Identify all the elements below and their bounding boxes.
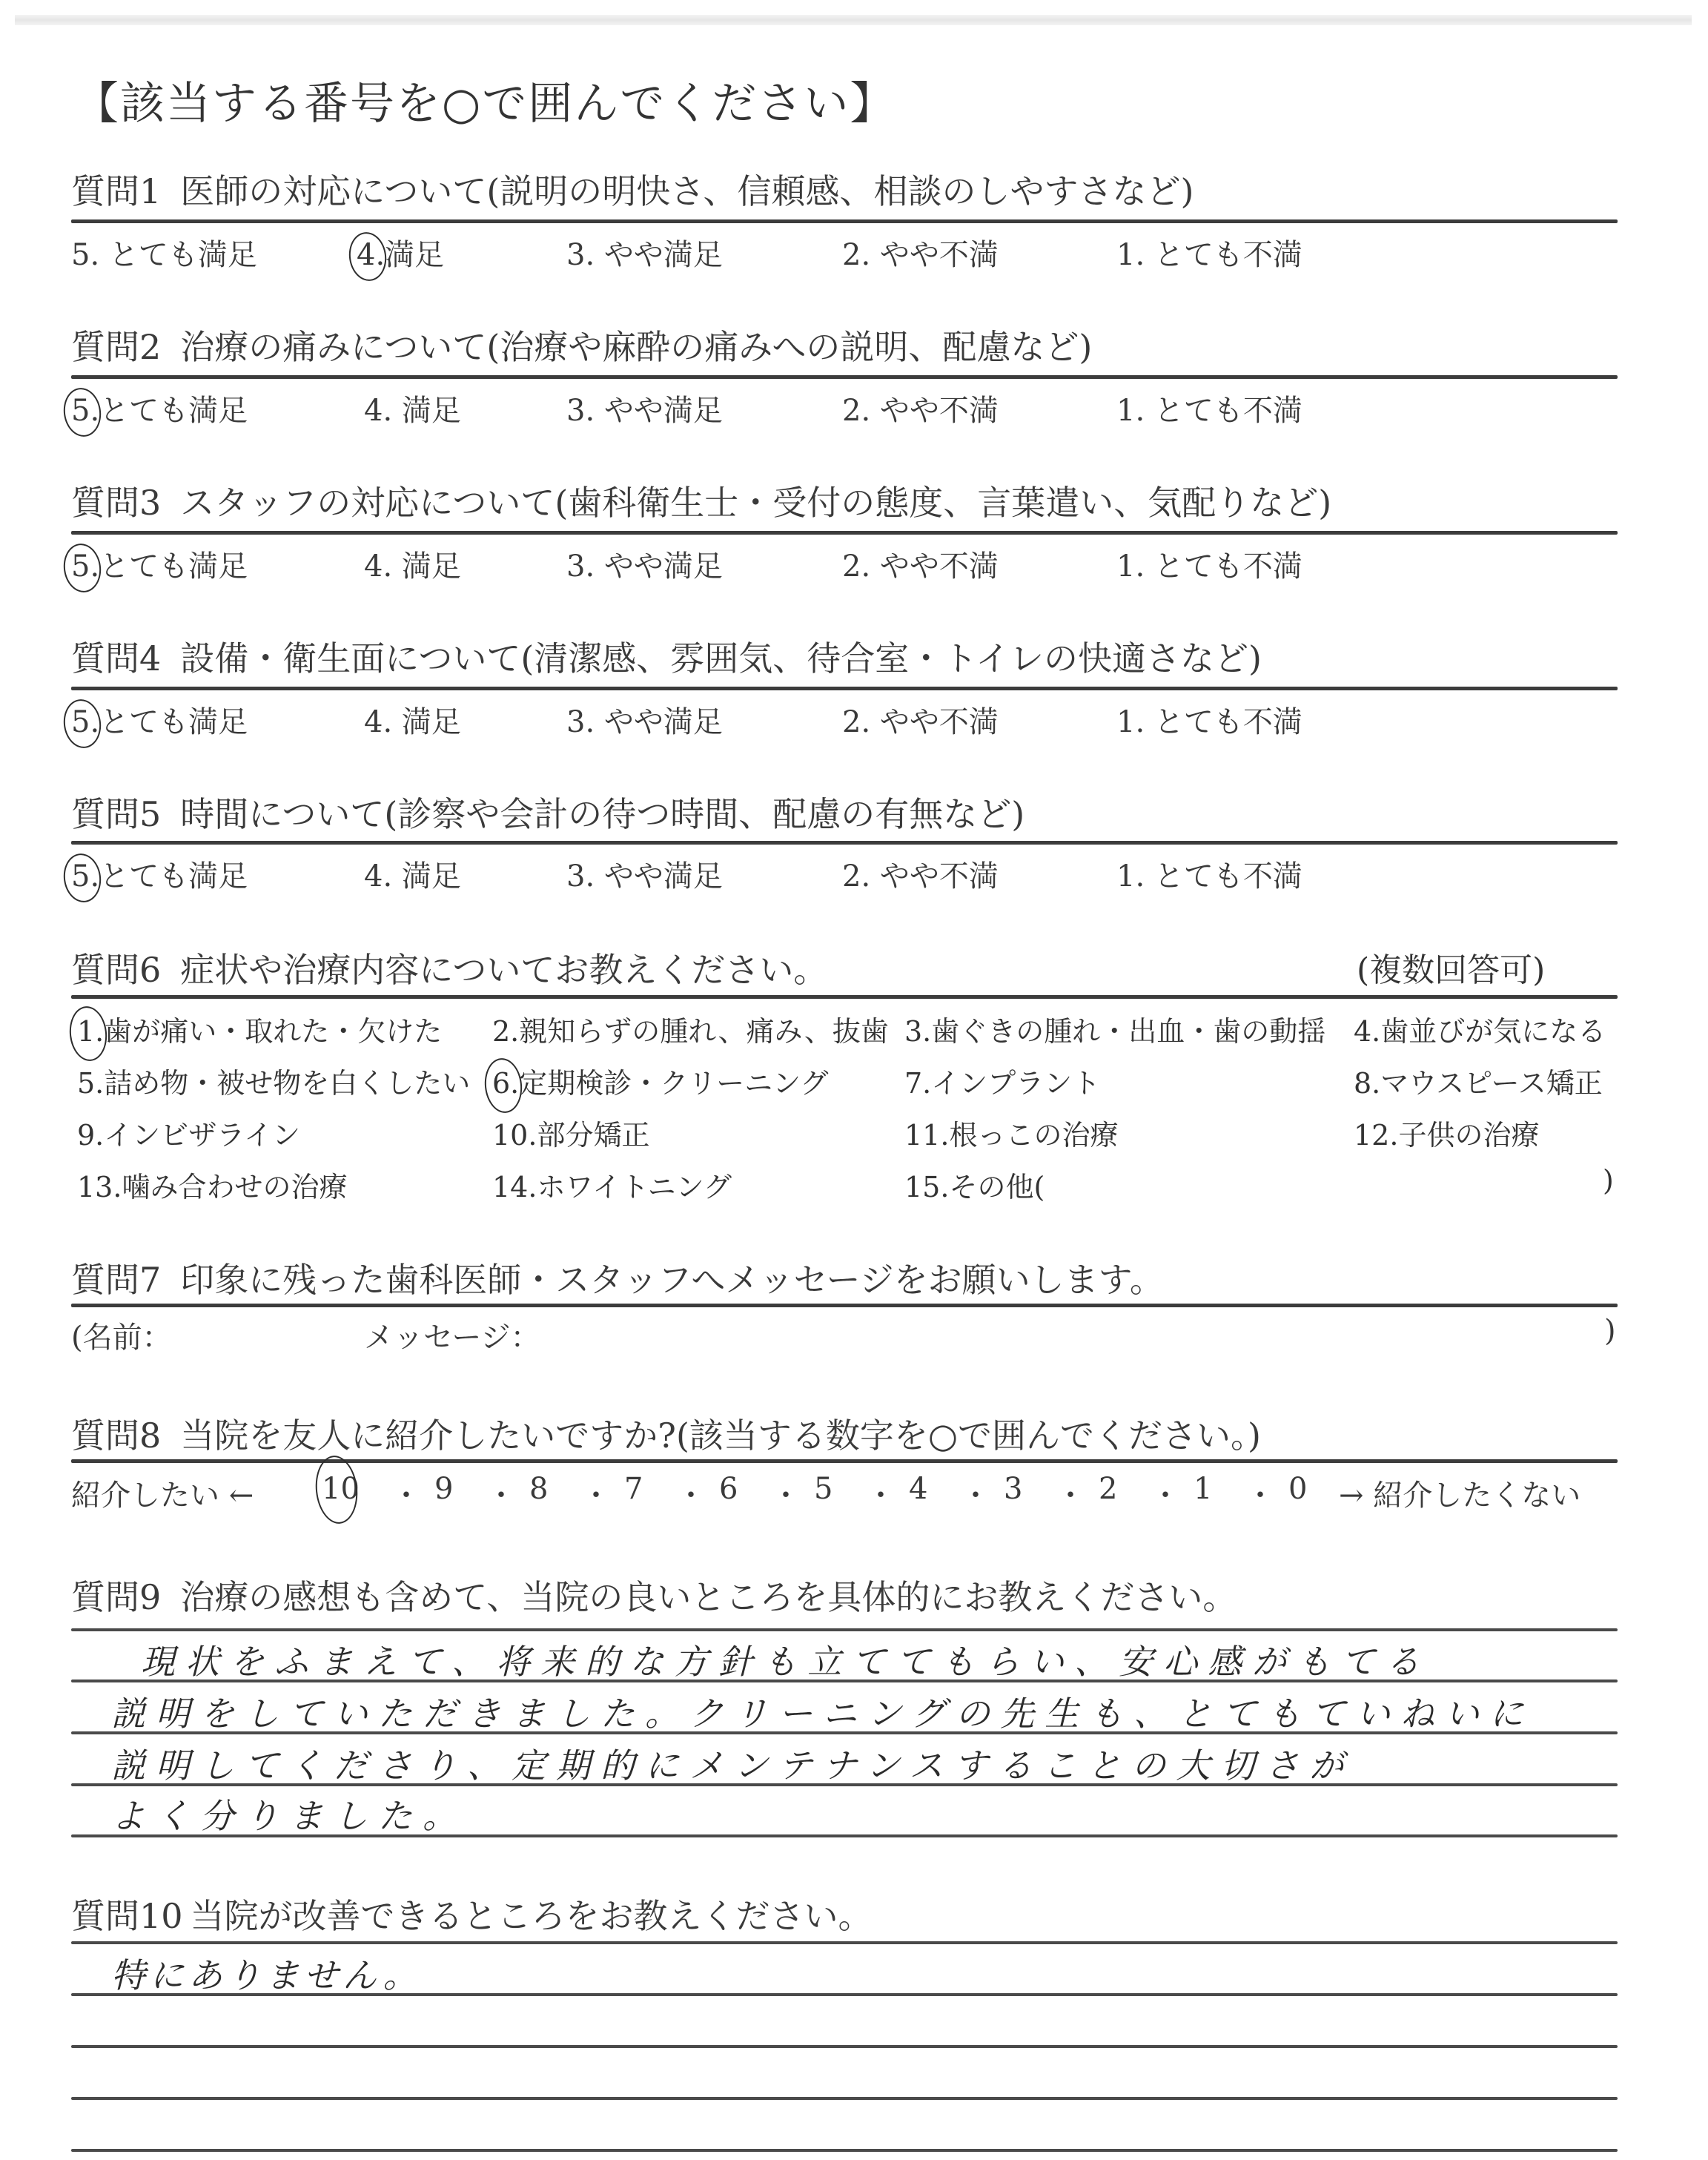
option-5[interactable]: 5. とても満足 <box>71 231 257 274</box>
option-2[interactable]: 2. やや不満 <box>842 231 999 274</box>
scale-8[interactable]: 8 <box>529 1472 548 1506</box>
scale-0[interactable]: 0 <box>1288 1472 1307 1506</box>
divider <box>71 531 1618 535</box>
option-3[interactable]: 3. やや満足 <box>566 853 723 895</box>
question-5-heading: 質問5時間について(診察や会計の待つ時間、配慮の有無など) <box>71 787 1025 836</box>
q6-item-1-selected[interactable]: 1.歯が痛い・取れた・欠けた <box>77 1008 442 1049</box>
divider <box>71 995 1618 999</box>
q6-item-10[interactable]: 10.部分矯正 <box>492 1112 649 1153</box>
option-1[interactable]: 1. とても不満 <box>1116 387 1302 429</box>
q6-item-4[interactable]: 4.歯並びが気になる <box>1354 1008 1606 1049</box>
option-5-selected[interactable]: 5.とても満足 <box>71 543 248 585</box>
q10-answer-line-1[interactable]: 特にありません。 <box>111 1949 422 1998</box>
question-text: 当院を友人に紹介したいですか?(該当する数字を○で囲んでください。) <box>180 1416 1261 1456</box>
q9-answer-line-4[interactable]: よく分りました。 <box>111 1789 467 1838</box>
question-text: 設備・衛生面について(清潔感、雰囲気、待合室・トイレの快適さなど) <box>180 638 1262 678</box>
option-4[interactable]: 4. 満足 <box>364 853 461 895</box>
option-5-selected[interactable]: 5.とても満足 <box>71 853 248 895</box>
writing-line <box>71 1731 1618 1734</box>
q6-item-2[interactable]: 2.親知らずの腫れ、痛み、抜歯 <box>492 1008 889 1049</box>
separator-dot: ・ <box>1056 1472 1085 1514</box>
question-number: 質問4 <box>71 638 161 678</box>
option-3[interactable]: 3. やや満足 <box>566 387 723 429</box>
scale-9[interactable]: 9 <box>434 1472 453 1506</box>
question-number: 質問10 <box>71 1896 183 1936</box>
option-1[interactable]: 1. とても不満 <box>1116 698 1302 741</box>
question-number: 質問6 <box>71 950 161 990</box>
question-text: 時間について(診察や会計の待つ時間、配慮の有無など) <box>180 794 1025 834</box>
question-number: 質問2 <box>71 327 161 367</box>
option-2[interactable]: 2. やや不満 <box>842 543 999 585</box>
writing-line <box>71 1941 1618 1944</box>
scale-1[interactable]: 1 <box>1194 1472 1212 1506</box>
recommend-left-label: 紹介したい ← <box>71 1472 254 1514</box>
option-2[interactable]: 2. やや不満 <box>842 387 999 429</box>
q9-answer-line-3[interactable]: 説明してくださり、定期的にメンテナンスすることの大切さが <box>111 1739 1354 1788</box>
question-text: 当院が改善できるところをお教えください。 <box>191 1896 873 1936</box>
question-number: 質問1 <box>71 171 161 211</box>
multiple-answers-note: (複数回答可) <box>1357 943 1545 991</box>
option-2[interactable]: 2. やや不満 <box>842 853 999 895</box>
divider <box>71 687 1618 690</box>
option-5-selected[interactable]: 5.とても満足 <box>71 698 248 741</box>
question-1-options: 5. とても満足 4.満足 3. やや満足 2. やや不満 1. とても不満 <box>71 231 1621 276</box>
question-2-heading: 質問2治療の痛みについて(治療や麻酔の痛みへの説明、配慮など) <box>71 320 1092 369</box>
divider <box>71 1304 1618 1307</box>
writing-line <box>71 1783 1618 1786</box>
question-9-heading: 質問9治療の感想も含めて、当院の良いところを具体的にお教えください。 <box>71 1571 1237 1619</box>
scale-4[interactable]: 4 <box>909 1472 927 1506</box>
question-6-heading: 質問6症状や治療内容についてお教えください。 <box>71 943 827 992</box>
divider <box>71 841 1618 845</box>
option-2[interactable]: 2. やや不満 <box>842 698 999 741</box>
question-number: 質問8 <box>71 1416 161 1456</box>
separator-dot: ・ <box>961 1472 990 1514</box>
separator-dot: ・ <box>1245 1472 1275 1514</box>
scale-6[interactable]: 6 <box>719 1472 738 1506</box>
separator-dot: ・ <box>1151 1472 1180 1514</box>
question-text: 治療の感想も含めて、当院の良いところを具体的にお教えください。 <box>180 1577 1237 1617</box>
option-4[interactable]: 4. 満足 <box>364 543 461 585</box>
separator-dot: ・ <box>391 1472 421 1514</box>
q6-item-15-other[interactable]: 15.その他( <box>904 1164 1045 1205</box>
q6-item-11[interactable]: 11.根っこの治療 <box>904 1112 1118 1153</box>
separator-dot: ・ <box>581 1472 611 1514</box>
question-4-options: 5.とても満足 4. 満足 3. やや満足 2. やや不満 1. とても不満 <box>71 698 1621 743</box>
q6-item-3[interactable]: 3.歯ぐきの腫れ・出血・歯の動揺 <box>904 1008 1325 1049</box>
scale-3[interactable]: 3 <box>1004 1472 1022 1506</box>
question-number: 質問9 <box>71 1577 161 1617</box>
writing-line <box>71 2045 1618 2048</box>
option-1[interactable]: 1. とても不満 <box>1116 231 1302 274</box>
question-text: 印象に残った歯科医師・スタッフへメッセージをお願いします。 <box>180 1260 1164 1300</box>
q6-other-close-paren: ) <box>1603 1164 1614 1197</box>
option-5-selected[interactable]: 5.とても満足 <box>71 387 248 429</box>
question-3-heading: 質問3スタッフの対応について(歯科衛生士・受付の態度、言葉遣い、気配りなど) <box>71 476 1331 525</box>
writing-line <box>71 1628 1618 1631</box>
question-number: 質問3 <box>71 483 161 523</box>
question-text: 症状や治療内容についてお教えください。 <box>180 950 827 990</box>
question-10-heading: 質問10当院が改善できるところをお教えください。 <box>71 1889 873 1938</box>
option-4[interactable]: 4. 満足 <box>364 698 461 741</box>
question-number: 質問7 <box>71 1260 161 1300</box>
q6-item-6-selected[interactable]: 6.定期検診・クリーニング <box>492 1060 829 1101</box>
question-2-options: 5.とても満足 4. 満足 3. やや満足 2. やや不満 1. とても不満 <box>71 387 1621 432</box>
option-4-selected[interactable]: 4.満足 <box>357 231 444 274</box>
q9-answer-line-2[interactable]: 説明をしていただきました。クリーニングの先生も、とてもていねいに <box>111 1687 1534 1736</box>
q6-item-7[interactable]: 7.インプラント <box>904 1060 1100 1101</box>
message-label: メッセージ： <box>364 1314 540 1356</box>
scale-2[interactable]: 2 <box>1099 1472 1117 1506</box>
recommend-right-label: → 紹介したくない <box>1339 1472 1580 1514</box>
scale-5[interactable]: 5 <box>814 1472 833 1506</box>
q6-item-14[interactable]: 14.ホワイトニング <box>492 1164 732 1205</box>
name-label: (名前： <box>71 1314 172 1356</box>
question-7-heading: 質問7印象に残った歯科医師・スタッフへメッセージをお願いします。 <box>71 1253 1164 1302</box>
q6-item-9[interactable]: 9.インビザライン <box>77 1112 300 1153</box>
question-text: スタッフの対応について(歯科衛生士・受付の態度、言葉遣い、気配りなど) <box>180 483 1331 523</box>
question-4-heading: 質問4設備・衛生面について(清潔感、雰囲気、待合室・トイレの快適さなど) <box>71 632 1262 681</box>
scale-7[interactable]: 7 <box>624 1472 643 1506</box>
question-text: 医師の対応について(説明の明快さ、信頼感、相談のしやすさなど) <box>180 171 1194 211</box>
option-3[interactable]: 3. やや満足 <box>566 231 723 274</box>
writing-line <box>71 2149 1618 2152</box>
separator-dot: ・ <box>676 1472 706 1514</box>
q6-item-8[interactable]: 8.マウスピース矯正 <box>1354 1060 1603 1101</box>
divider <box>71 219 1618 223</box>
question-text: 治療の痛みについて(治療や麻酔の痛みへの説明、配慮など) <box>180 327 1092 367</box>
q6-item-13[interactable]: 13.噛み合わせの治療 <box>77 1164 347 1205</box>
option-1[interactable]: 1. とても不満 <box>1116 853 1302 895</box>
q6-item-12[interactable]: 12.子供の治療 <box>1354 1112 1539 1153</box>
question-7-fields: (名前： メッセージ： ) <box>71 1314 1621 1358</box>
separator-dot: ・ <box>866 1472 896 1514</box>
writing-line <box>71 1993 1618 1996</box>
separator-dot: ・ <box>771 1472 801 1514</box>
divider <box>71 1459 1618 1463</box>
question-8-heading: 質問8当院を友人に紹介したいですか?(該当する数字を○で囲んでください。) <box>71 1409 1261 1458</box>
writing-line <box>71 2097 1618 2100</box>
question-number: 質問5 <box>71 794 161 834</box>
separator-dot: ・ <box>486 1472 516 1514</box>
option-1[interactable]: 1. とても不満 <box>1116 543 1302 585</box>
form-instruction-title: 【該当する番号を○で囲んでください】 <box>74 68 896 132</box>
option-3[interactable]: 3. やや満足 <box>566 698 723 741</box>
q6-item-5[interactable]: 5.詰め物・被せ物を白くしたい <box>77 1060 470 1101</box>
question-3-options: 5.とても満足 4. 満足 3. やや満足 2. やや不満 1. とても不満 <box>71 543 1621 587</box>
question-1-heading: 質問1医師の対応について(説明の明快さ、信頼感、相談のしやすさなど) <box>71 165 1194 214</box>
q9-answer-line-1[interactable]: 現状をふまえて、将来的な方針も立ててもらい、安心感がもてる <box>141 1635 1430 1684</box>
scan-top-band <box>15 15 1692 25</box>
option-3[interactable]: 3. やや満足 <box>566 543 723 585</box>
divider <box>71 375 1618 379</box>
close-paren: ) <box>1604 1314 1616 1348</box>
question-5-options: 5.とても満足 4. 満足 3. やや満足 2. やや不満 1. とても不満 <box>71 853 1621 897</box>
writing-line <box>71 1680 1618 1682</box>
writing-line <box>71 1834 1618 1837</box>
scale-10-selected[interactable]: 10 <box>322 1472 360 1506</box>
option-4[interactable]: 4. 満足 <box>364 387 461 429</box>
recommend-scale: 紹介したい ← 10 ・ 9 ・ 8 ・ 7 ・ 6 ・ 5 ・ 4 ・ 3 ・… <box>71 1472 1628 1516</box>
